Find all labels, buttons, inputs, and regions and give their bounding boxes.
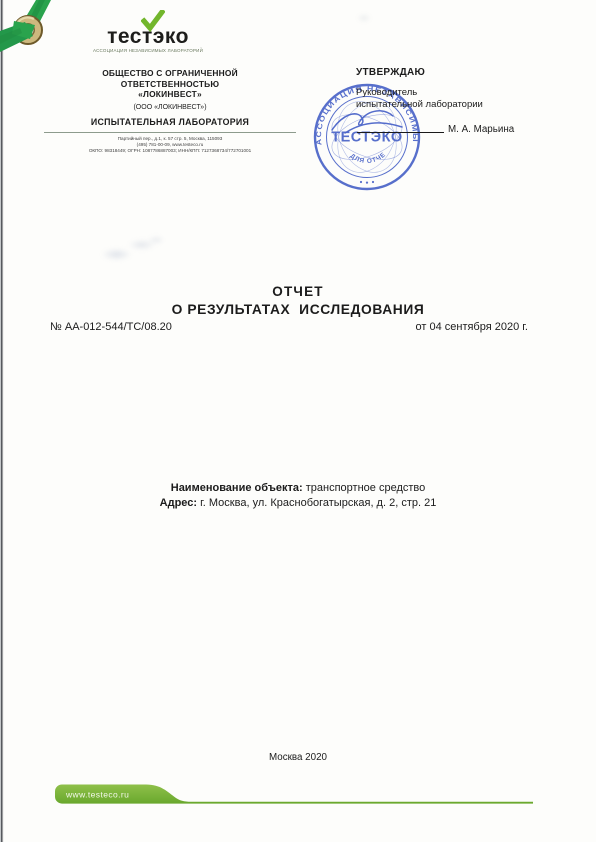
city-year: Москва 2020 — [0, 752, 596, 763]
org-name-line2: ОТВЕТСТВЕННОСТЬЮ — [40, 79, 300, 90]
object-name-line: Наименование объекта: транспортное средс… — [0, 481, 596, 496]
object-address-value: г. Москва, ул. Краснобогатырская, д. 2, … — [197, 497, 436, 509]
approval-block: УТВЕРЖДАЮ Руководитель испытательной лаб… — [356, 67, 556, 111]
approval-title: УТВЕРЖДАЮ — [356, 67, 556, 78]
object-name-label: Наименование объекта: — [171, 482, 303, 494]
binding-ribbon-grommet — [0, 0, 95, 78]
scan-edge-shadow — [0, 0, 4, 842]
signature-line — [357, 132, 444, 133]
org-phone-site: (495) 781-00-09, www.testeco.ru — [137, 142, 204, 147]
org-short-name: (ООО «ЛОКИНВЕСТ») — [40, 104, 300, 111]
org-divider — [44, 132, 296, 133]
report-number: № АА-012-544/ТС/08.20 — [50, 321, 172, 333]
scan-smudge — [95, 232, 167, 264]
org-address: Партийный пер., д.1, к. 57 стр. 5, Москв… — [118, 136, 223, 141]
org-registration: ОКПО: 98318449; ОГРН: 1087786887003; ИНН… — [89, 148, 251, 153]
org-lab-title: ИСПЫТАТЕЛЬНАЯ ЛАБОРАТОРИЯ — [40, 117, 300, 127]
object-address-line: Адрес: г. Москва, ул. Краснобогатырская,… — [0, 496, 596, 511]
stamp-bottom-dots — [360, 181, 374, 184]
testeco-logo: тестэко АССОЦИАЦИЯ НЕЗАВИСИМЫХ ЛАБОРАТОР… — [93, 8, 203, 56]
report-date: от 04 сентября 2020 г. — [415, 321, 528, 333]
scan-smudge-small — [350, 8, 378, 28]
checkmark-icon — [141, 10, 165, 32]
object-info-block: Наименование объекта: транспортное средс… — [0, 481, 596, 511]
footer-ribbon: www.testeco.ru — [0, 782, 596, 810]
approval-role-line2: испытательной лаборатории — [356, 99, 556, 111]
organization-block: ОБЩЕСТВО С ОГРАНИЧЕННОЙ ОТВЕТСТВЕННОСТЬЮ… — [40, 68, 300, 154]
report-page: тестэко АССОЦИАЦИЯ НЕЗАВИСИМЫХ ЛАБОРАТОР… — [0, 0, 596, 842]
footer-site-link[interactable]: www.testeco.ru — [65, 790, 129, 800]
org-name-line1: ОБЩЕСТВО С ОГРАНИЧЕННОЙ — [40, 68, 300, 79]
object-address-label: Адрес: — [160, 497, 197, 509]
report-title-line2: О РЕЗУЛЬТАТАХ ИССЛЕДОВАНИЯ — [0, 302, 596, 317]
org-name-line3: «ЛОКИНВЕСТ» — [40, 89, 300, 100]
report-title-line1: ОТЧЕТ — [0, 284, 596, 299]
approval-role-line1: Руководитель — [356, 87, 556, 99]
object-name-value: транспортное средство — [303, 482, 426, 494]
logo-tagline: АССОЦИАЦИЯ НЕЗАВИСИМЫХ ЛАБОРАТОРИЙ — [93, 48, 203, 53]
report-title-block: ОТЧЕТ О РЕЗУЛЬТАТАХ ИССЛЕДОВАНИЯ № АА-01… — [0, 284, 596, 333]
signer-name: М. А. Марьина — [448, 124, 514, 135]
